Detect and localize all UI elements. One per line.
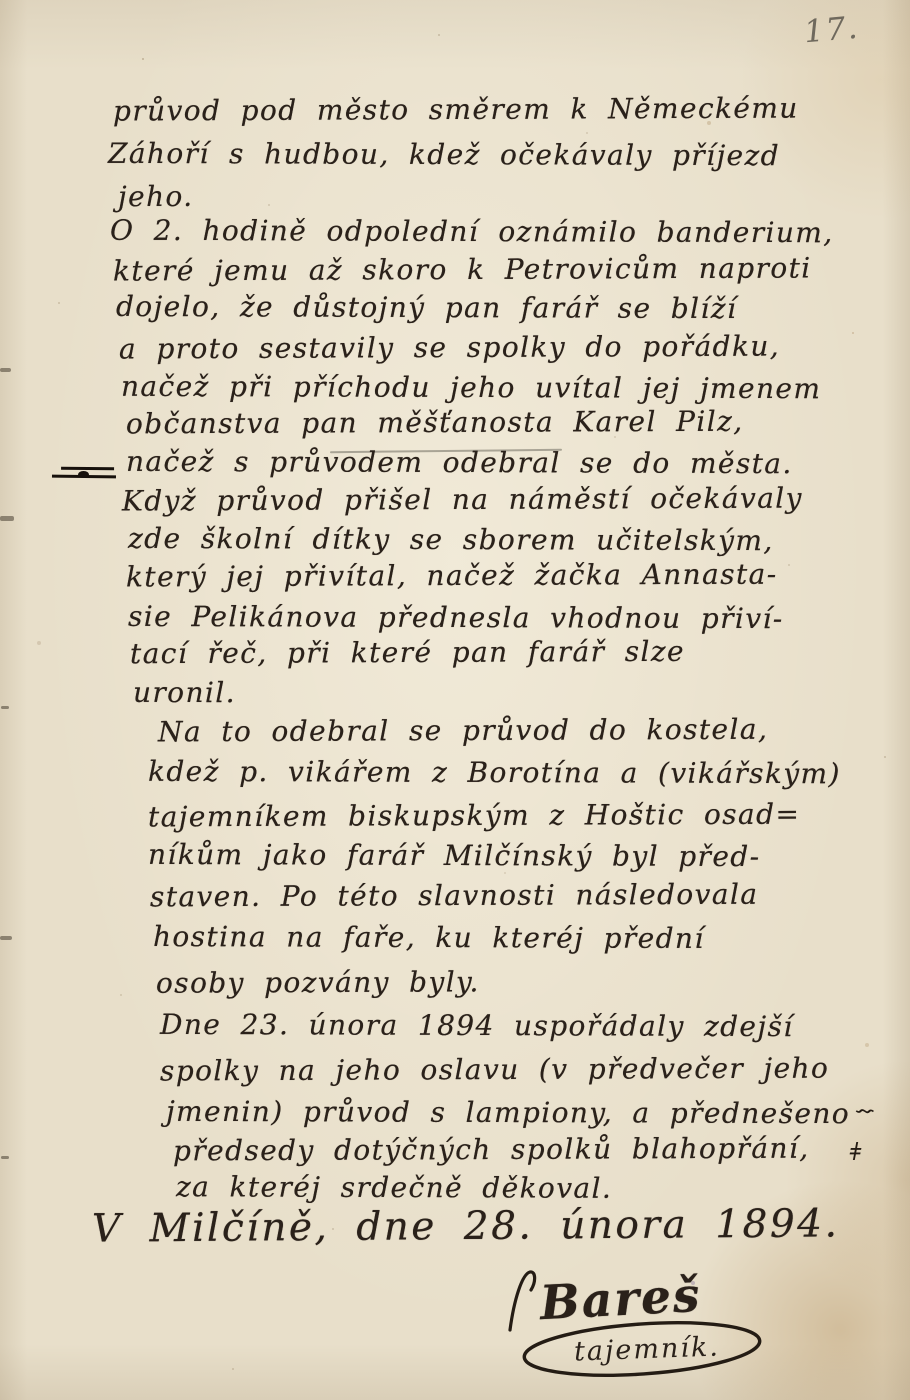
manuscript-line: hostina na faře, ku kteréj přední [153,920,705,955]
manuscript-line: sie Pelikánova přednesla vhodnou přiví- [128,600,784,635]
manuscript-line: tací řeč, při které pan farář slze [130,635,685,670]
manuscript-line: osoby pozvány byly. [156,965,480,999]
manuscript-line: za kteréj srdečně děkoval. [176,1170,612,1205]
manuscript-line: Dne 23. února 1894 uspořádaly zdejší [160,1008,794,1043]
manuscript-line: zde školní dítky se sborem učitelským, [128,522,774,557]
signature-block: Bareš tajemník. [488,1258,808,1388]
manuscript-line: tajemníkem biskupským z Hoštic osad= [148,798,800,834]
correction-strike-mark: ⌇ [849,1102,875,1116]
manuscript-line: dojelo, že důstojný pan farář se blíží [116,290,737,325]
margin-mark-blob [78,471,89,478]
manuscript-line: níkům jako farář Milčínský byl před- [148,838,761,873]
manuscript-line: kdež p. vikářem z Borotína a (vikářským) [148,755,841,790]
manuscript-line: Záhoří s hudbou, kdež očekávaly příjezd [108,137,780,172]
manuscript-line: spolky na jeho oslavu (v předvečer jeho [160,1052,829,1088]
edge-ink-mark [1,706,9,709]
manuscript-line: O 2. hodině odpolední oznámilo banderium… [110,214,834,250]
edge-ink-mark [0,936,12,940]
correction-insert-mark: ǂ [850,1138,861,1166]
edge-ink-mark [1,1156,9,1159]
manuscript-line: a proto sestavily se spolky do pořádku, [119,330,780,366]
margin-mark-bar [61,467,114,471]
manuscript-line: průvod pod město směrem k Německému [113,92,799,128]
manuscript-line: jmenin) průvod s lampiony, a přednešeno [166,1095,850,1130]
edge-ink-mark [0,368,11,372]
page-number: 17. [803,10,861,51]
manuscript-line: načež při příchodu jeho uvítal jej jmene… [121,370,821,405]
dateline: V Milčíně, dne 28. února 1894. [92,1201,840,1251]
manuscript-line: předsedy dotýčných spolků blahopřání, [173,1132,810,1168]
manuscript-page: 17. průvod pod město směrem k Německému … [0,0,910,1400]
manuscript-line: načež s průvodem odebral se do města. [126,445,793,480]
paper-specks [0,0,2,2]
manuscript-line: Na to odebral se průvod do kostela, [158,713,768,749]
margin-mark [52,467,120,484]
signature-title: tajemník. [574,1331,721,1367]
manuscript-line: Když průvod přišel na náměstí očekávaly [122,482,803,518]
manuscript-line: staven. Po této slavnosti následovala [150,878,759,914]
manuscript-line: občanstva pan měšťanosta Karel Pilz, [126,405,744,441]
manuscript-line: uronil. [133,676,236,709]
manuscript-line: jeho. [118,180,194,213]
manuscript-line: které jemu až skoro k Petrovicům naproti [113,251,812,287]
manuscript-line: který jej přivítal, načež žačka Annasta- [126,558,778,594]
edge-ink-mark [0,516,14,521]
